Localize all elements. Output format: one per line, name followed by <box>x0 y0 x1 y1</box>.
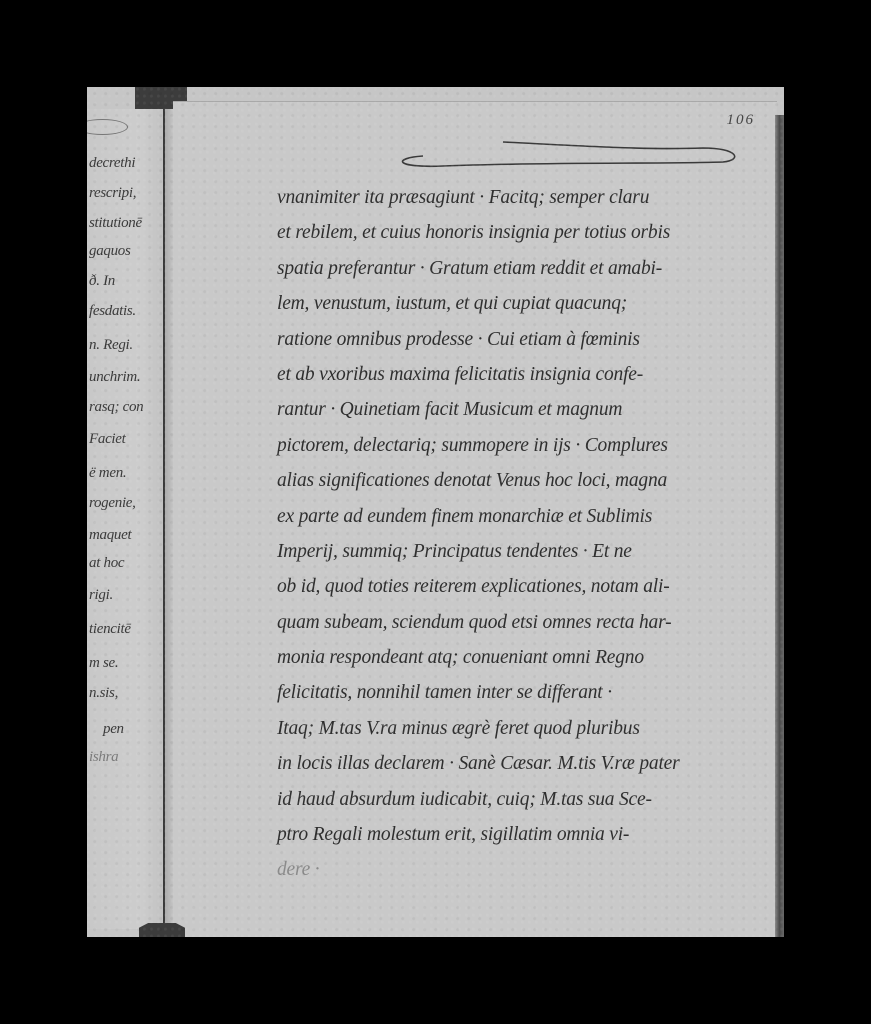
left-fragment: maquet <box>89 527 131 544</box>
text-line: in locis illas declarem · Sanè Cæsar. M.… <box>277 746 757 781</box>
text-line: ratione omnibus prodesse · Cui etiam à f… <box>277 322 757 357</box>
left-fragment: n.sis, <box>89 685 118 702</box>
left-fragment: gaquos <box>89 243 131 260</box>
left-fragment: fesdatis. <box>89 303 136 320</box>
left-page: decrethi rescripi, stitutionē gaquos ð. … <box>87 109 165 929</box>
text-line: monia respondeant atq; conueniant omni R… <box>277 640 757 675</box>
left-fragment: unchrim. <box>89 369 140 386</box>
text-line: lem, venustum, iustum, et qui cupiat qua… <box>277 286 757 321</box>
text-line: Imperij, summiq; Principatus tendentes ·… <box>277 534 757 569</box>
text-line: rantur · Quinetiam facit Musicum et magn… <box>277 392 757 427</box>
text-line: vnanimiter ita præsagiunt · Facitq; semp… <box>277 180 757 215</box>
left-fragment: ishra <box>89 749 118 766</box>
text-line: ex parte ad eundem finem monarchiæ et Su… <box>277 499 757 534</box>
text-line: alias significationes denotat Venus hoc … <box>277 463 757 498</box>
text-line: id haud absurdum iudicabit, cuiq; M.tas … <box>277 782 757 817</box>
left-fragment: at hoc <box>89 555 124 572</box>
text-line: spatia preferantur · Gratum etiam reddit… <box>277 251 757 286</box>
text-line: quam subeam, sciendum quod etsi omnes re… <box>277 605 757 640</box>
left-fragment: decrethi <box>89 155 135 172</box>
left-fragment: rogenie, <box>89 495 136 512</box>
decorative-flourish <box>383 138 743 168</box>
right-page: 106 vnanimiter ita præsagiunt · Facitq; … <box>173 101 777 937</box>
text-line: dere · <box>277 852 757 887</box>
text-line: felicitatis, nonnihil tamen inter se dif… <box>277 675 757 710</box>
left-page-flourish <box>87 119 128 135</box>
text-line: ob id, quod toties reiterem explicatione… <box>277 569 757 604</box>
left-fragment: stitutionē <box>89 215 142 232</box>
left-fragment: tiencitē <box>89 621 131 638</box>
manuscript-scan: decrethi rescripi, stitutionē gaquos ð. … <box>87 87 784 937</box>
left-fragment: pen <box>103 721 124 738</box>
left-fragment: m se. <box>89 655 118 672</box>
left-fragment: rescripi, <box>89 185 136 202</box>
text-line: pictorem, delectariq; summopere in ijs ·… <box>277 428 757 463</box>
left-fragment: Faciet <box>89 431 126 448</box>
text-line: et rebilem, et cuius honoris insignia pe… <box>277 215 757 250</box>
manuscript-text: vnanimiter ita præsagiunt · Facitq; semp… <box>277 180 757 888</box>
binding-tab-bottom <box>139 923 185 937</box>
left-fragment: rasq; con <box>89 399 143 416</box>
text-line: et ab vxoribus maxima felicitatis insign… <box>277 357 757 392</box>
book-gutter <box>165 109 173 929</box>
left-fragment: ë men. <box>89 465 126 482</box>
left-fragment: ð. In <box>89 273 115 290</box>
text-line: Itaq; M.tas V.ra minus ægrè feret quod p… <box>277 711 757 746</box>
left-fragment: rigi. <box>89 587 113 604</box>
page-edge <box>775 115 784 937</box>
left-fragment: n. Regi. <box>89 337 133 354</box>
text-line: ptro Regali molestum erit, sigillatim om… <box>277 817 757 852</box>
page-number: 106 <box>727 112 756 129</box>
